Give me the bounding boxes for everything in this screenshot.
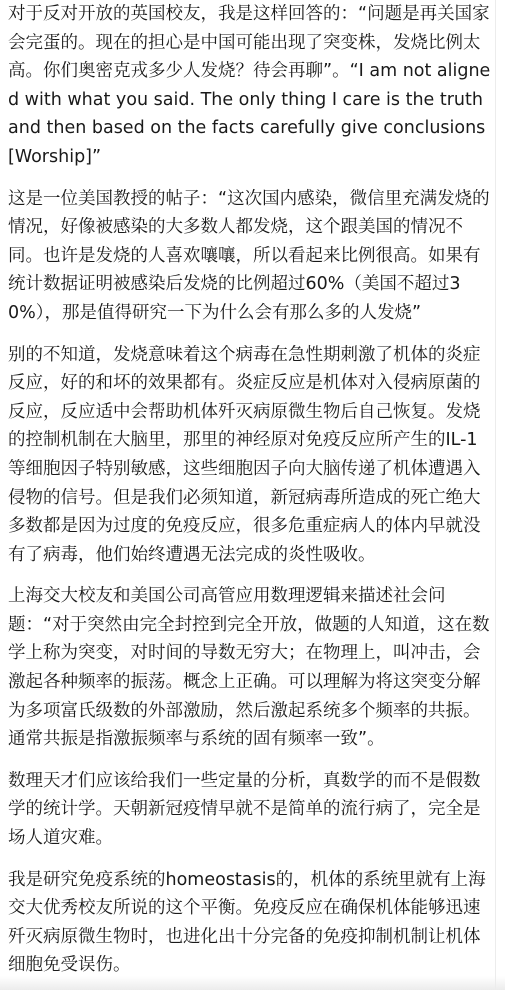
- paragraph-sjtu-alumni-math: 上海交大校友和美国公司高管应用数理逻辑来描述社会问题：“对于突然由完全封控到完全…: [8, 582, 494, 754]
- paragraph-quantitative-analysis: 数理天才们应该给我们一些定量的分析，真数学的而不是假数学的统计学。天朝新冠疫情早…: [8, 767, 494, 853]
- right-border-divider: [495, 0, 496, 990]
- paragraph-fever-inflammation: 别的不知道，发烧意味着这个病毒在急性期刺激了机体的炎症反应，好的和坏的效果都有。…: [8, 341, 494, 570]
- bottom-fade: [0, 976, 505, 990]
- paragraph-uk-alumni-reply: 对于反对开放的英国校友，我是这样回答的：“问题是再关国家会完蛋的。现在的担心是中…: [8, 0, 494, 172]
- paragraph-homeostasis: 我是研究免疫系统的homeostasis的，机体的系统里就有上海交大优秀校友所说…: [8, 866, 494, 980]
- article-body: 对于反对开放的英国校友，我是这样回答的：“问题是再关国家会完蛋的。现在的担心是中…: [8, 0, 494, 990]
- paragraph-us-professor-post: 这是一位美国教授的帖子：“这次国内感染，微信里充满发烧的情况，好像被感染的大多数…: [8, 185, 494, 328]
